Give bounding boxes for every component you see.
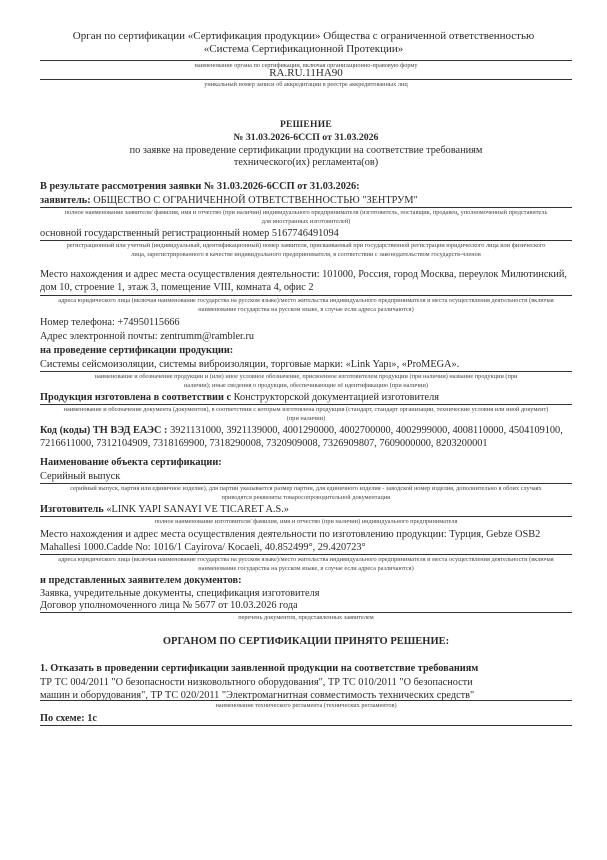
resolution-item-text: 1. Отказать в проведении сертификации за… [40, 663, 478, 674]
phone-label: Номер телефона: [40, 317, 115, 328]
accreditation-number: RA.RU.11HA90 [40, 67, 572, 79]
resolution-item-1: 1. Отказать в проведении сертификации за… [40, 662, 478, 675]
manufacturer-line: Изготовитель «LINK YAPI SANAYI VE TICARE… [40, 503, 289, 516]
manufacturer-address-line: Место нахождения и адрес места осуществл… [40, 528, 572, 554]
object-value: Серийный выпуск [40, 470, 120, 483]
decision-subtitle-2: технического(их) регламента(ов) [40, 156, 572, 169]
manufacturer-address-caption: адреса юридического лица (включая наимен… [55, 555, 557, 573]
manufacturer-label: Изготовитель [40, 504, 104, 515]
product-caption: наименование и обозначение продукции и (… [90, 372, 522, 390]
object-heading: Наименование объекта сертификации: [40, 456, 222, 469]
product-heading: на проведение сертификации продукции: [40, 344, 233, 357]
standard-caption: наименование и обозначение документа (до… [60, 405, 552, 423]
phone-line: Номер телефона: +74950115666 [40, 316, 180, 329]
documents-heading: и представленных заявителем документов: [40, 574, 242, 587]
manufacturer-value: «LINK YAPI SANAYI VE TICARET A.S.» [106, 504, 289, 515]
email-label: Адрес электронной почты: [40, 331, 158, 342]
decision-number: № 31.03.2026-6ССП от 31.03.2026 [40, 132, 572, 143]
hs-codes-line: Код (коды) ТН ВЭД ЕАЭС : 3921131000, 392… [40, 424, 572, 450]
email-value: zentrumm@rambler.ru [160, 331, 254, 342]
object-caption: серийный выпуск, партия или единичное из… [60, 484, 552, 502]
regulations-caption: наименование технического регламента (те… [40, 701, 572, 710]
review-line: В результате рассмотрения заявки № 31.03… [40, 180, 360, 193]
address-caption: адреса юридического лица (включая наимен… [55, 296, 557, 314]
ogrn-value: 5167746491094 [272, 228, 339, 239]
applicant-caption: полное наименование заявителя/ фамилия, … [60, 208, 552, 226]
regulations-value: ТР ТС 004/2011 "О безопасности низковоль… [40, 676, 490, 702]
certification-body-name: Орган по сертификации «Сертификация прод… [60, 30, 547, 56]
ogrn-label: основной государственный регистрационный… [40, 228, 269, 239]
documents-caption: перечень документов, представленных заяв… [40, 613, 572, 622]
document-item: Договор уполномоченного лица № 5677 от 1… [40, 599, 298, 612]
ogrn-caption: регистрационный или учетный (индивидуаль… [60, 241, 552, 259]
applicant-label: заявитель: [40, 195, 91, 206]
standard-value: Конструкторской документацией изготовите… [234, 392, 439, 403]
decision-title: РЕШЕНИЕ [40, 120, 572, 130]
scheme-line: По схеме: 1с [40, 712, 97, 725]
divider [40, 725, 572, 726]
address-line: Место нахождения и адрес места осуществл… [40, 268, 572, 294]
manufacturer-caption: полное наименование изготовителя/ фамили… [40, 517, 572, 526]
email-line: Адрес электронной почты: zentrumm@ramble… [40, 330, 254, 343]
address-label: Место нахождения и адрес места осуществл… [40, 269, 320, 280]
product-value: Системы сейсмоизоляции, системы виброизо… [40, 358, 459, 371]
accreditation-caption: уникальный номер записи об аккредитации … [40, 80, 572, 89]
phone-value: +74950115666 [117, 317, 179, 328]
applicant-value: ОБЩЕСТВО С ОГРАНИЧЕННОЙ ОТВЕТСТВЕННОСТЬЮ… [93, 195, 418, 206]
resolution-heading: ОРГАНОМ ПО СЕРТИФИКАЦИИ ПРИНЯТО РЕШЕНИЕ: [40, 636, 572, 647]
applicant-line: заявитель: ОБЩЕСТВО С ОГРАНИЧЕННОЙ ОТВЕТ… [40, 194, 572, 207]
ogrn-line: основной государственный регистрационный… [40, 227, 339, 240]
manufacturer-address-label: Место нахождения и адрес места осуществл… [40, 529, 447, 540]
hs-codes-label: Код (коды) ТН ВЭД ЕАЭС : [40, 425, 167, 436]
standard-line: Продукция изготовлена в соответствии с К… [40, 391, 439, 404]
standard-label: Продукция изготовлена в соответствии с [40, 392, 231, 403]
